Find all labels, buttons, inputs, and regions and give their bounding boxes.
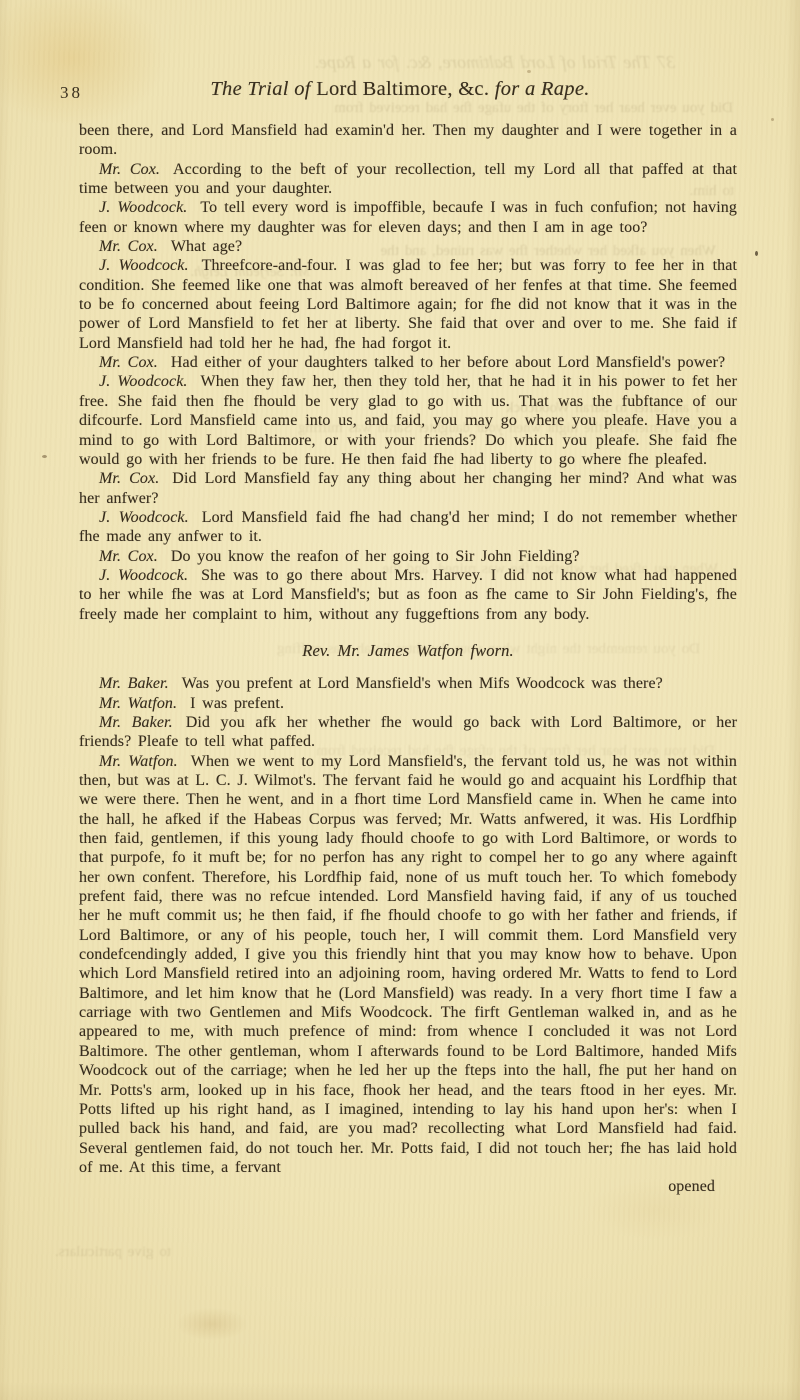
speech-text: Did you afk her whether fhe would go bac… (79, 714, 737, 750)
speaker-name: Mr. Cox. (99, 470, 159, 487)
speaker-name: J. Woodcock. (99, 257, 189, 274)
speaker-name: Mr. Watfon. (99, 753, 178, 770)
running-title-roman: Lord Baltimore, &c. (316, 78, 489, 100)
testimony-paragraph: J. Woodcock.When they faw her, then they… (79, 372, 737, 469)
testimony-paragraph: J. Woodcock.Threefcore-and-four. I was g… (79, 256, 737, 353)
paper-speck (755, 251, 758, 256)
catchword: opened (79, 1177, 737, 1196)
speech-text: According to the beft of your recollecti… (79, 161, 737, 197)
speaker-name: J. Woodcock. (99, 373, 188, 390)
speaker-name: Mr. Cox. (99, 238, 158, 255)
speech-text: Was you prefent at Lord Mansfield's when… (182, 675, 663, 692)
testimony-sections: been there, and Lord Mansfield had exami… (79, 121, 737, 1177)
speech-text: I was prefent. (190, 695, 284, 712)
testimony-paragraph: Mr. Cox.According to the beft of your re… (79, 160, 737, 199)
testimony-paragraph: Mr. Cox.Do you know the reafon of her go… (79, 547, 737, 566)
speaker-name: Mr. Cox. (99, 354, 158, 371)
paper-speck (527, 70, 531, 73)
show-through-text: to give particulars. (26, 1243, 171, 1262)
speech-text: Had either of your daughters talked to h… (171, 354, 725, 371)
testimony-paragraph: Mr. Cox.Did Lord Mansfield fay any thing… (79, 469, 737, 508)
speaker-name: Mr. Baker. (99, 714, 173, 731)
text-block: been there, and Lord Mansfield had exami… (79, 121, 737, 1197)
speech-text: What age? (171, 238, 242, 255)
paper-speck (42, 455, 47, 458)
running-title-italic-lead: The Trial of (210, 78, 310, 100)
speaker-name: Mr. Cox. (99, 548, 158, 565)
testimony-paragraph: Mr. Cox.Had either of your daughters tal… (79, 353, 737, 372)
testimony-paragraph: J. Woodcock.Lord Mansfield faid fhe had … (79, 508, 737, 547)
show-through-text: 37 The Trial of Lord Baltimore, &c. for … (130, 53, 675, 72)
paper-speck (771, 118, 774, 121)
speaker-name: J. Woodcock. (99, 567, 188, 584)
speaker-name: J. Woodcock. (99, 509, 189, 526)
speaker-name: Mr. Cox. (99, 161, 160, 178)
speech-text: been there, and Lord Mansfield had exami… (79, 122, 737, 158)
running-title-italic-tail: for a Rape. (495, 78, 590, 100)
speaker-name: J. Woodcock. (99, 199, 187, 216)
speech-text: Did Lord Mansfield fay any thing about h… (79, 470, 737, 506)
testimony-paragraph: Mr. Watfon.I was prefent. (79, 694, 737, 713)
speaker-name: Mr. Baker. (99, 675, 169, 692)
page-header: 38 The Trial of Lord Baltimore, &c. for … (0, 78, 800, 106)
speech-text: When we went to my Lord Mansfield's, the… (79, 753, 737, 1176)
testimony-paragraph: Mr. Baker.Did you afk her whether fhe wo… (79, 713, 737, 752)
book-page-scan: 37 The Trial of Lord Baltimore, &c. for … (0, 0, 800, 1400)
testimony-paragraph: been there, and Lord Mansfield had exami… (79, 121, 737, 160)
testimony-paragraph: Mr. Watfon.When we went to my Lord Mansf… (79, 752, 737, 1178)
testimony-paragraph: J. Woodcock.She was to go there about Mr… (79, 566, 737, 624)
running-title: The Trial of Lord Baltimore, &c. for a R… (0, 78, 800, 101)
testimony-paragraph: Mr. Cox.What age? (79, 237, 737, 256)
testimony-paragraph: Mr. Baker.Was you prefent at Lord Mansfi… (79, 674, 737, 693)
speech-text: Do you know the reafon of her going to S… (171, 548, 580, 565)
testimony-paragraph: J. Woodcock.To tell every word is impoff… (79, 198, 737, 237)
witness-sworn-heading: Rev. Mr. James Watfon fworn. (79, 641, 737, 660)
speaker-name: Mr. Watfon. (99, 695, 177, 712)
